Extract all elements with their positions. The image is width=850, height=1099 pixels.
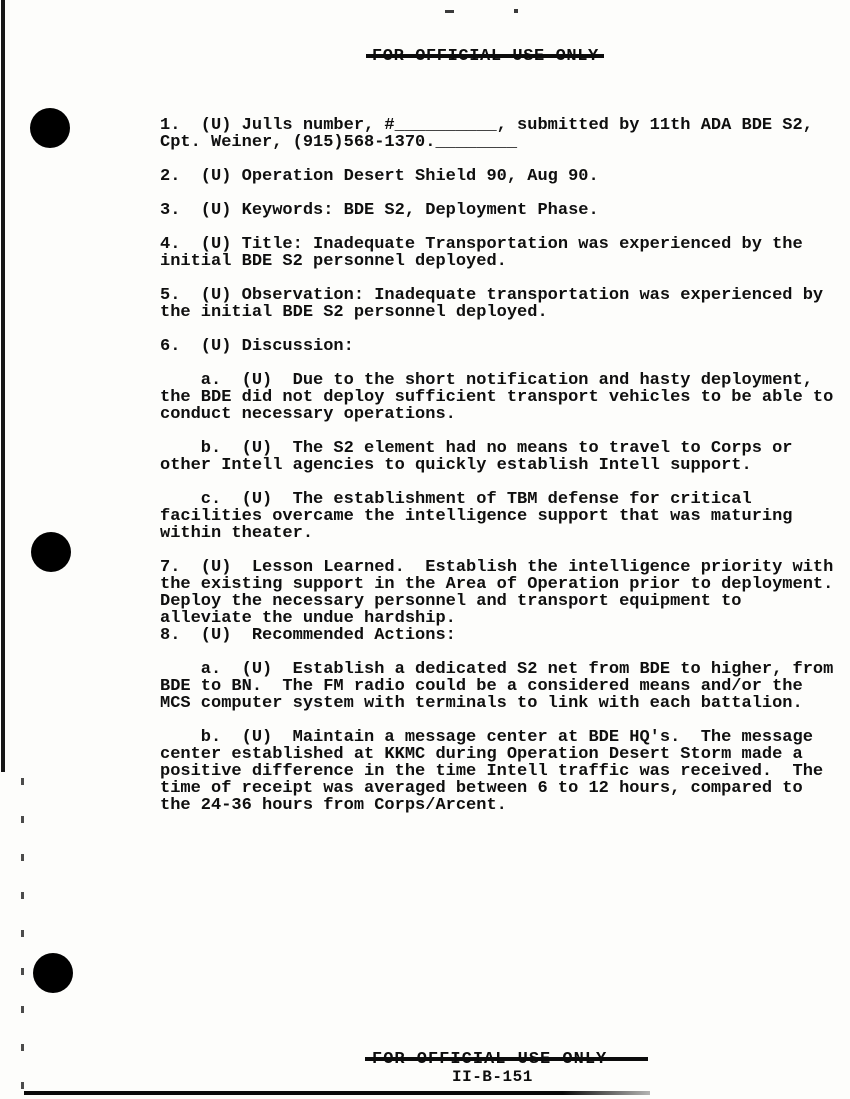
paragraph-2-operation: 2. (U) Operation Desert Shield 90, Aug 9…: [160, 168, 840, 185]
paragraph-8a: a. (U) Establish a dedicated S2 net from…: [160, 661, 840, 712]
paragraph-3-keywords: 3. (U) Keywords: BDE S2, Deployment Phas…: [160, 202, 840, 219]
paragraph-8-recommended-actions: 8. (U) Recommended Actions:: [160, 627, 840, 644]
scan-speck-dash: [445, 10, 454, 13]
hole-punch-bottom: [33, 953, 73, 993]
page-number: II-B-151: [452, 1068, 533, 1086]
paragraph-6-discussion: 6. (U) Discussion:: [160, 338, 840, 355]
scan-speck-dot: [514, 9, 518, 13]
scanned-document-page: FOR OFFICIAL USE ONLY 1. (U) Julls numbe…: [0, 0, 850, 1099]
paragraph-6a: a. (U) Due to the short notification and…: [160, 372, 840, 423]
footer-strikethrough-line: [365, 1057, 648, 1061]
paragraph-6c: c. (U) The establishment of TBM defense …: [160, 491, 840, 542]
scan-bottom-edge-line: [24, 1091, 650, 1095]
hole-punch-middle: [31, 532, 71, 572]
paragraph-5-observation: 5. (U) Observation: Inadequate transport…: [160, 287, 840, 321]
paragraph-8b: b. (U) Maintain a message center at BDE …: [160, 729, 840, 814]
paragraph-7-lesson-learned: 7. (U) Lesson Learned. Establish the int…: [160, 559, 840, 627]
header-strikethrough-line: [366, 54, 604, 58]
paragraph-4-title: 4. (U) Title: Inadequate Transportation …: [160, 236, 840, 270]
scan-left-edge-line: [1, 0, 5, 772]
scan-left-edge-dashes: [21, 778, 24, 1090]
paragraph-6b: b. (U) The S2 element had no means to tr…: [160, 440, 840, 474]
paragraph-1-julls-number: 1. (U) Julls number, #__________, submit…: [160, 117, 840, 151]
hole-punch-top: [30, 108, 70, 148]
document-body: 1. (U) Julls number, #__________, submit…: [160, 117, 840, 814]
